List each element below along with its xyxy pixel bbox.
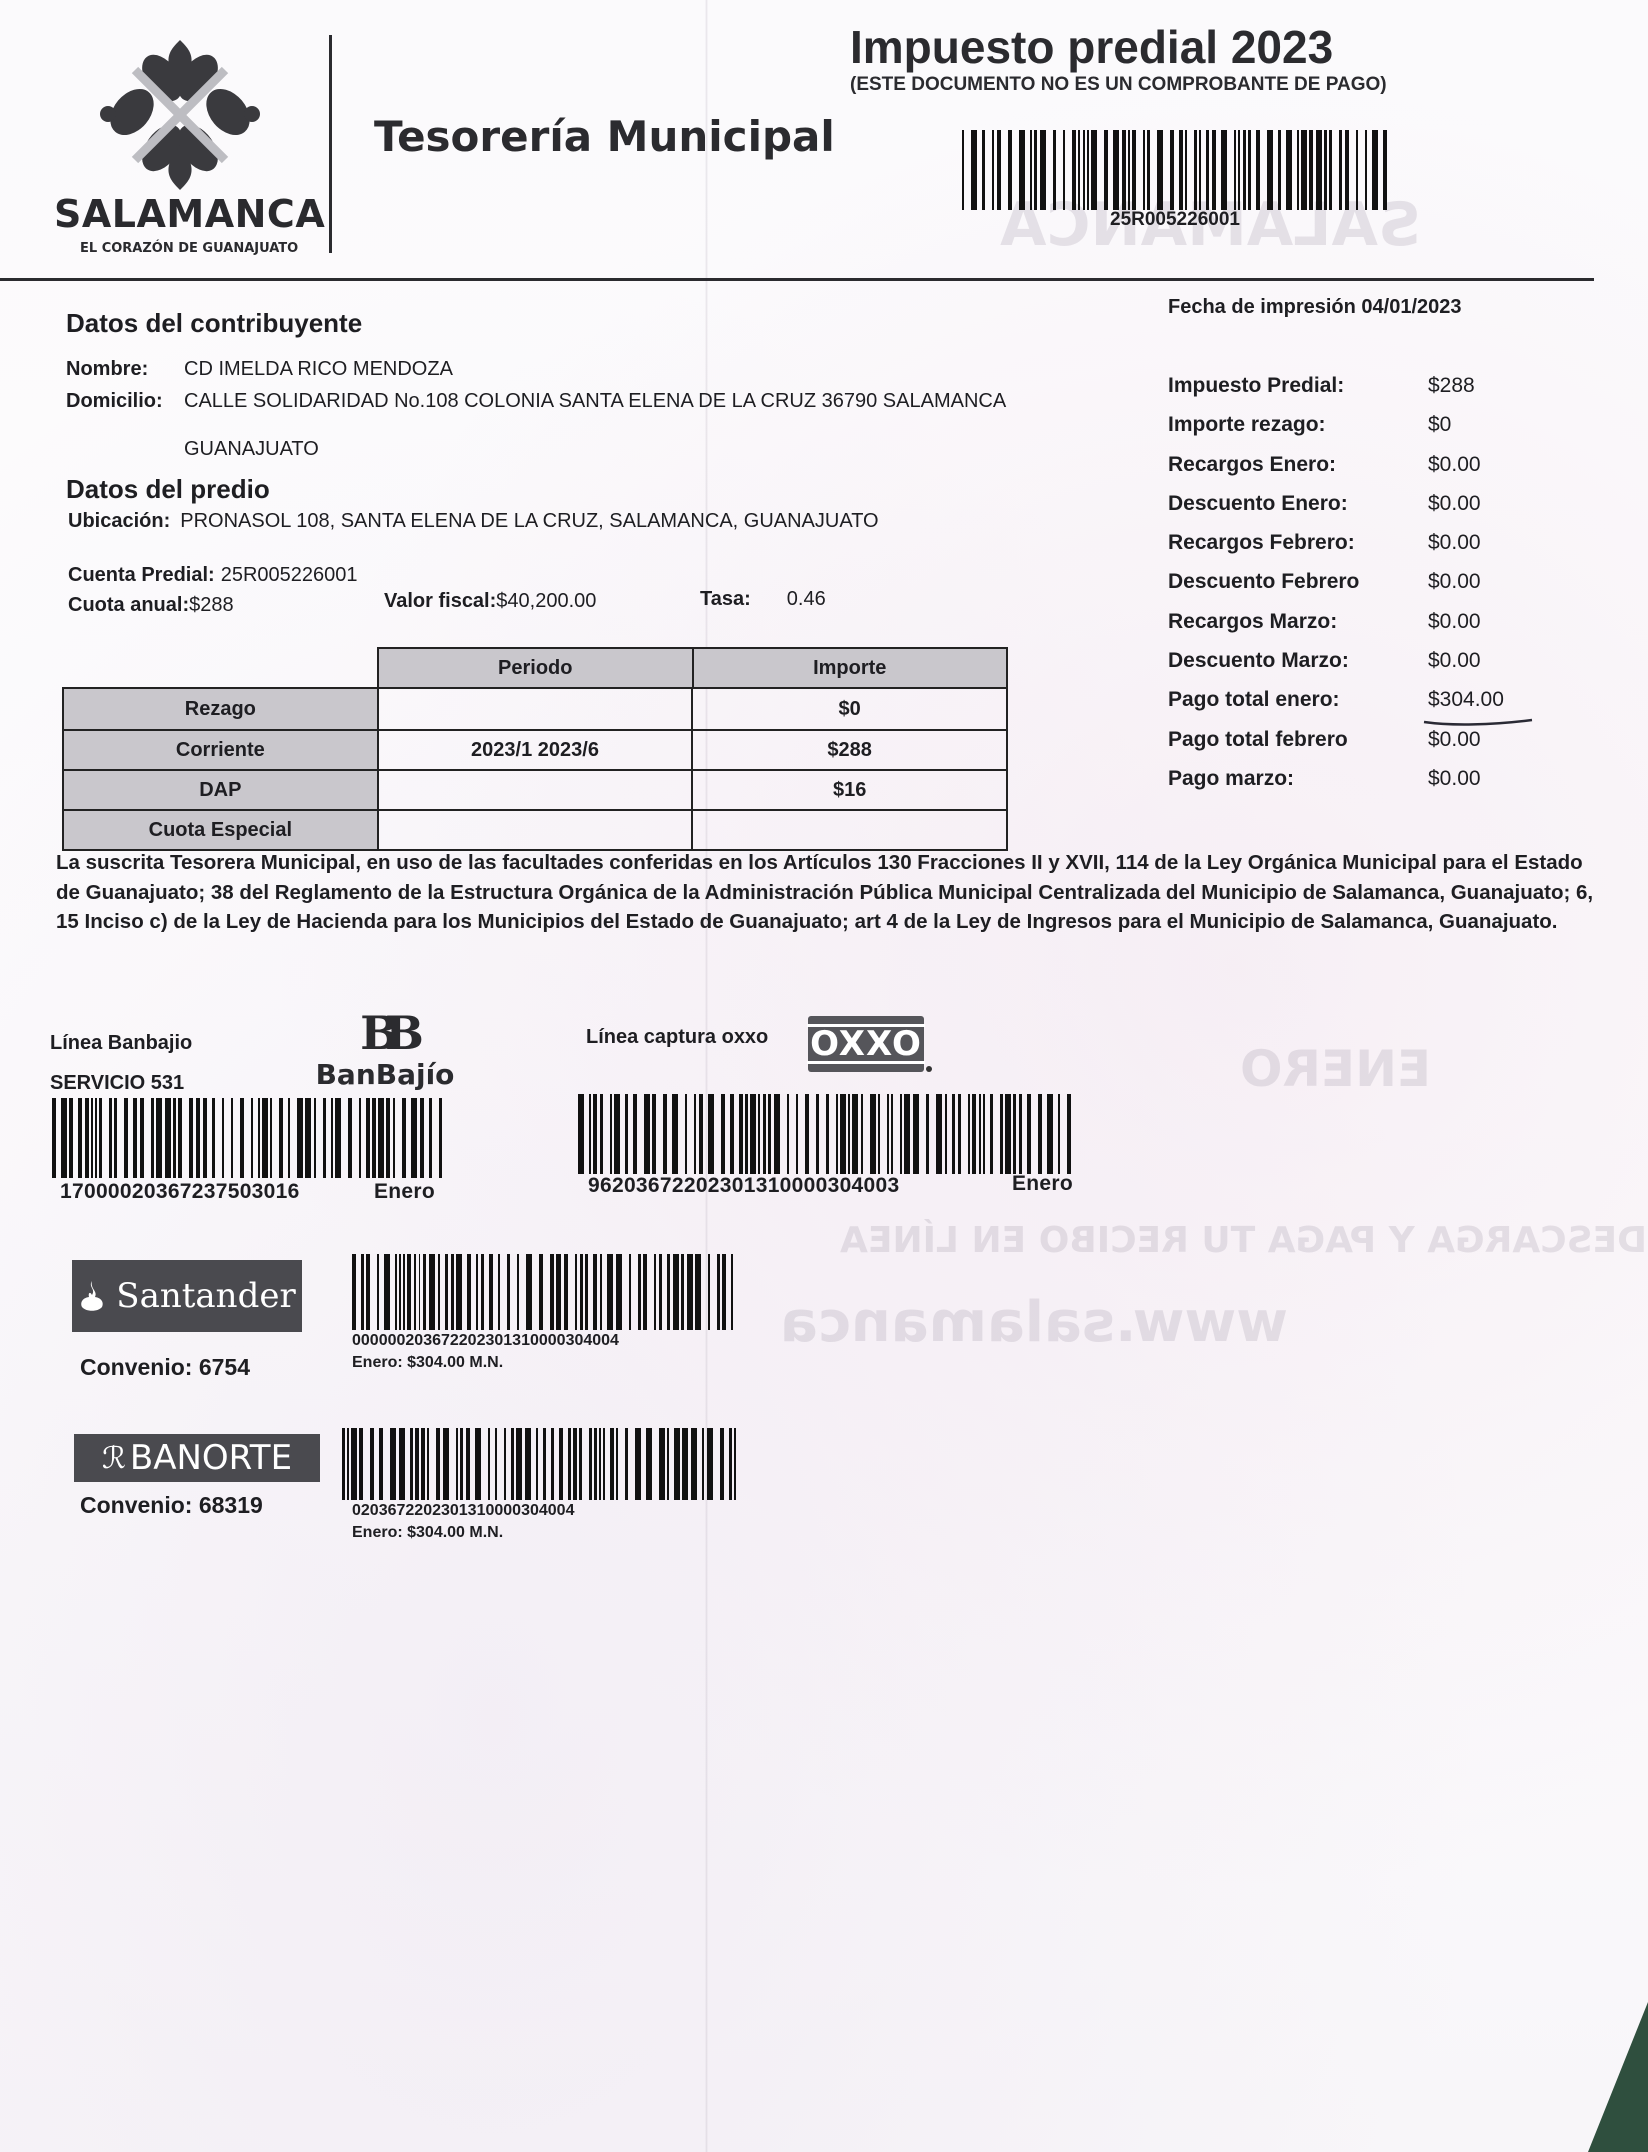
summary-row: Pago marzo:$0.00: [1168, 767, 1588, 806]
santander-barcode: [352, 1254, 740, 1330]
summary-value: $0.00: [1428, 492, 1481, 516]
banorte-logo-icon: ℛ: [102, 1441, 126, 1476]
print-date-value: 04/01/2023: [1361, 296, 1461, 318]
summary-label: Recargos Enero:: [1168, 453, 1428, 477]
property-location-label: Ubicación:: [68, 510, 170, 533]
annual-fee-label: Cuota anual:: [68, 594, 189, 617]
oxxo-logo-text: OXXO: [807, 1024, 925, 1064]
charges-table-header: Periodo Importe: [377, 647, 1008, 688]
summary-value: $0.00: [1428, 767, 1481, 791]
banorte-logo: ℛ BANORTE: [74, 1434, 320, 1482]
annual-fee: $288: [189, 594, 234, 617]
banbajio-month: Enero: [374, 1180, 435, 1204]
property-rate-row: Tasa: 0.46: [700, 588, 826, 611]
santander-code: 000000203672202301310000304004: [352, 1332, 619, 1350]
summary-value: $304.00: [1428, 688, 1504, 712]
summary-label: Pago total febrero: [1168, 728, 1428, 752]
municipality-tagline: EL CORAZÓN DE GUANAJUATO: [80, 241, 298, 256]
rate-label: Tasa:: [700, 588, 751, 611]
summary-label: Pago total enero:: [1168, 688, 1428, 712]
bleed-through-text: CONSULTA, DESCARGA Y PAGA TU RECIBO EN L…: [840, 1220, 1648, 1261]
banbajio-barcode: [52, 1098, 450, 1178]
oxxo-barcode: [578, 1094, 1078, 1174]
property-fiscal-value-row: Valor fiscal: $40,200.00: [384, 590, 596, 613]
summary-label: Importe rezago:: [1168, 413, 1428, 437]
property-location: PRONASOL 108, SANTA ELENA DE LA CRUZ, SA…: [180, 510, 878, 533]
taxpayer-address: CALLE SOLIDARIDAD No.108 COLONIA SANTA E…: [184, 390, 1006, 413]
fiscal-value-label: Valor fiscal:: [384, 590, 496, 613]
summary-row: Descuento Febrero$0.00: [1168, 570, 1588, 609]
handwritten-underline: [1422, 716, 1534, 726]
summary-label: Recargos Febrero:: [1168, 531, 1428, 555]
banorte-logo-text: BANORTE: [130, 1438, 292, 1478]
table-row: DAP$16: [64, 769, 1006, 809]
summary-label: Descuento Enero:: [1168, 492, 1428, 516]
property-annual-fee-row: Cuota anual: $288: [68, 594, 234, 617]
department-name: Tesorería Municipal: [374, 112, 835, 161]
bleed-through-text: ENERO: [1240, 1040, 1431, 1098]
banbajio-label: Línea Banbajio: [50, 1032, 192, 1055]
row-concept: Corriente: [64, 731, 377, 769]
header-rule: [0, 278, 1594, 281]
taxpayer-name: CD IMELDA RICO MENDOZA: [184, 358, 453, 381]
document-title: Impuesto predial 2023: [850, 20, 1333, 74]
row-period: 2023/1 2023/6: [377, 731, 692, 769]
row-amount: $16: [691, 771, 1006, 809]
property-account: 25R005226001: [221, 564, 358, 587]
column-header-amount: Importe: [692, 649, 1007, 688]
banbajio-service: SERVICIO 531: [50, 1072, 184, 1095]
taxpayer-section-title: Datos del contribuyente: [66, 308, 362, 339]
summary-value: $0.00: [1428, 649, 1481, 673]
salamanca-logo-icon: [100, 30, 260, 200]
summary-label: Impuesto Predial:: [1168, 374, 1428, 398]
document-disclaimer: (ESTE DOCUMENTO NO ES UN COMPROBANTE DE …: [850, 74, 1387, 96]
summary-row: Descuento Marzo:$0.00: [1168, 649, 1588, 688]
table-row: Cuota Especial: [64, 809, 1006, 849]
municipality-name: SALAMANCA: [54, 192, 325, 236]
banbajio-logo-text: BanBajío: [310, 1058, 460, 1091]
column-header-period: Periodo: [379, 649, 692, 688]
property-section-title: Datos del predio: [66, 474, 270, 505]
taxpayer-name-row: Nombre: CD IMELDA RICO MENDOZA: [66, 358, 453, 381]
summary-value: $0.00: [1428, 531, 1481, 555]
row-amount: $0: [691, 689, 1006, 729]
table-row: Rezago$0: [64, 689, 1006, 729]
row-period: [377, 771, 692, 809]
property-account-row: Cuenta Predial: 25R005226001: [68, 564, 358, 587]
summary-value: $0.00: [1428, 453, 1481, 477]
taxpayer-address-label: Domicilio:: [66, 390, 174, 413]
row-amount: $288: [691, 731, 1006, 769]
header-divider: [329, 35, 332, 253]
row-amount: [691, 811, 1006, 849]
santander-logo-text: Santander: [116, 1276, 295, 1316]
summary-value: $288: [1428, 374, 1475, 398]
banorte-amount: Enero: $304.00 M.N.: [352, 1524, 503, 1542]
account-barcode-number: 25R005226001: [1110, 209, 1240, 231]
row-concept: Rezago: [64, 689, 377, 729]
row-concept: DAP: [64, 771, 377, 809]
summary-row: Recargos Enero:$0.00: [1168, 453, 1588, 492]
summary-label: Pago marzo:: [1168, 767, 1428, 791]
row-period: [377, 689, 692, 729]
table-row: Corriente2023/1 2023/6$288: [64, 729, 1006, 769]
fiscal-value: $40,200.00: [496, 590, 596, 613]
row-period: [377, 811, 692, 849]
summary-value: $0.00: [1428, 570, 1481, 594]
summary-label: Recargos Marzo:: [1168, 610, 1428, 634]
print-date: Fecha de impresión 04/01/2023: [1168, 296, 1462, 319]
banorte-code: 0203672202301310000304004: [352, 1502, 574, 1520]
summary-row: Importe rezago:$0: [1168, 413, 1588, 452]
paper-fold: [705, 0, 708, 2152]
legal-text: La suscrita Tesorera Municipal, en uso d…: [56, 848, 1602, 937]
banbajio-logo: BB BanBajío: [310, 1010, 460, 1091]
banorte-agreement: Convenio: 68319: [80, 1492, 263, 1519]
santander-logo: Santander: [72, 1260, 302, 1332]
summary-label: Descuento Marzo:: [1168, 649, 1428, 673]
summary-value: $0.00: [1428, 728, 1481, 752]
property-account-label: Cuenta Predial:: [68, 564, 215, 587]
oxxo-logo: OXXO: [808, 1016, 924, 1072]
charges-table-body: Rezago$0Corriente2023/1 2023/6$288DAP$16…: [62, 687, 1008, 851]
oxxo-label: Línea captura oxxo: [586, 1026, 768, 1049]
summary-row: Recargos Febrero:$0.00: [1168, 531, 1588, 570]
santander-flame-icon: [78, 1279, 106, 1313]
oxxo-code: 96203672202301310000304003: [588, 1174, 899, 1198]
summary-row: Recargos Marzo:$0.00: [1168, 610, 1588, 649]
summary-row: Pago total febrero$0.00: [1168, 728, 1588, 767]
bleed-through-text: www.salamanca: [780, 1290, 1288, 1355]
folded-corner: [1588, 2002, 1648, 2152]
oxxo-month: Enero: [1012, 1172, 1073, 1196]
summary-value: $0.00: [1428, 610, 1481, 634]
payment-summary: Impuesto Predial:$288Importe rezago:$0Re…: [1168, 374, 1588, 806]
banbajio-logo-icon: BB: [310, 1010, 460, 1056]
property-location-row: Ubicación: PRONASOL 108, SANTA ELENA DE …: [68, 510, 879, 533]
taxpayer-name-label: Nombre:: [66, 358, 174, 381]
row-concept: Cuota Especial: [64, 811, 377, 849]
summary-row: Impuesto Predial:$288: [1168, 374, 1588, 413]
oxxo-logo-dot: [926, 1066, 932, 1072]
account-barcode: [962, 130, 1390, 210]
print-date-label: Fecha de impresión: [1168, 296, 1356, 318]
summary-row: Descuento Enero:$0.00: [1168, 492, 1588, 531]
rate: 0.46: [787, 588, 826, 611]
santander-agreement: Convenio: 6754: [80, 1354, 250, 1381]
summary-label: Descuento Febrero: [1168, 570, 1428, 594]
taxpayer-address-row: Domicilio: CALLE SOLIDARIDAD No.108 COLO…: [66, 390, 1006, 413]
banbajio-code: 17000020367237503016: [60, 1180, 300, 1204]
summary-value: $0: [1428, 413, 1451, 437]
taxpayer-address-line2: GUANAJUATO: [184, 438, 319, 461]
summary-row: Pago total enero:$304.00: [1168, 688, 1588, 727]
santander-amount: Enero: $304.00 M.N.: [352, 1354, 503, 1372]
banorte-barcode: [342, 1428, 742, 1500]
